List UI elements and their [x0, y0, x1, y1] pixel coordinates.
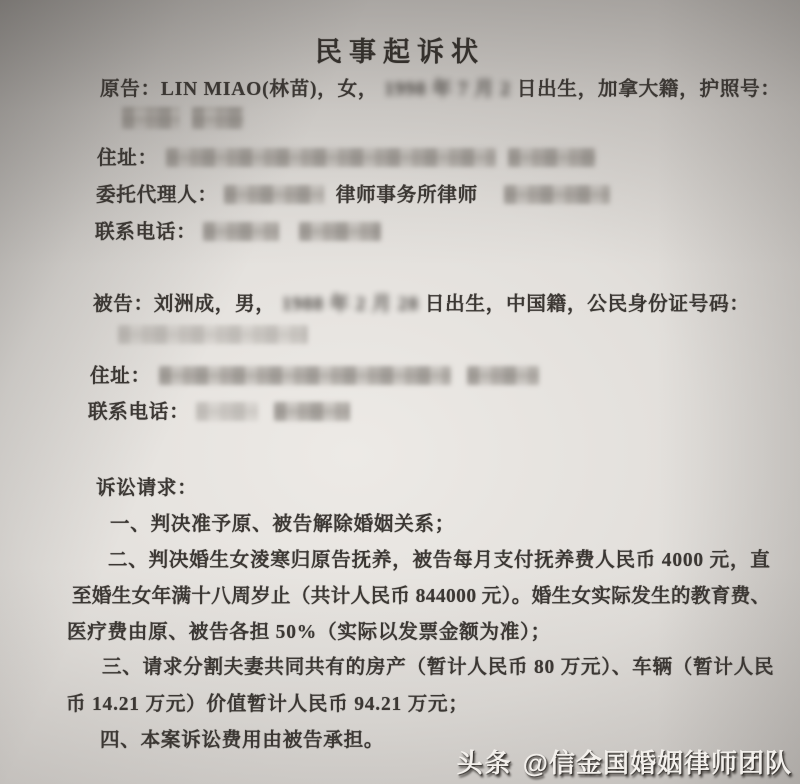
claim-item-2: 二、判决婚生女淩寒归原告抚养，被告每月支付抚养费人民币 4000 元，直	[108, 544, 771, 572]
claim-item-4: 四、本案诉讼费用由被告承担。	[100, 724, 384, 752]
plaintiff-birth-suffix: 日出生，加拿大籍，护照号：	[517, 79, 781, 100]
defendant-id-line	[118, 325, 308, 347]
defendant-phone-line: 联系电话：	[88, 396, 350, 424]
plaintiff-phone-label: 联系电话：	[95, 222, 197, 243]
agent-label: 委托代理人：	[96, 185, 218, 206]
defendant-phone-redacted	[196, 402, 258, 421]
id-number-redacted	[118, 325, 308, 344]
agent-detail-redacted	[504, 185, 610, 204]
claim-item-2-cont: 至婚生女年满十八周岁止（共计人民币 844000 元）。婚生女实际发生的教育费、	[72, 580, 771, 608]
passport-number-redacted	[122, 107, 180, 129]
defendant-label: 被告：	[93, 294, 154, 315]
watermark-handle: @信金国婚姻律师团队	[523, 748, 792, 778]
plaintiff-passport-line	[122, 107, 244, 132]
claims-heading: 诉讼请求：	[96, 472, 198, 500]
plaintiff-label: 原告：	[100, 79, 161, 100]
plaintiff-phone-line: 联系电话：	[95, 216, 381, 244]
defendant-birth-suffix: 日出生，中国籍，公民身份证号码：	[425, 294, 750, 315]
defendant-address-label: 住址：	[90, 366, 151, 387]
document-title: 民事起诉状	[0, 30, 800, 69]
plaintiff-line: 原告：LIN MIAO(林苗)，女，1998 年 7 月 2日出生，加拿大籍，护…	[100, 73, 781, 101]
defendant-address-line: 住址：	[90, 360, 539, 388]
plaintiff-name: LIN MIAO(林苗)，女，	[161, 79, 378, 100]
agent-line: 委托代理人：律师事务所律师	[96, 179, 610, 207]
plaintiff-address-label: 住址：	[97, 148, 158, 169]
claim-item-1: 一、判决准予原、被告解除婚姻关系；	[110, 508, 455, 536]
agent-firm-text: 律师事务所律师	[336, 185, 478, 206]
defendant-birthdate-redacted: 1988 年 2 月 28	[282, 294, 419, 315]
passport-number-redacted	[192, 107, 244, 129]
plaintiff-birthdate-redacted: 1998 年 7 月 2	[384, 79, 511, 100]
plaintiff-phone-redacted	[203, 222, 279, 241]
claim-item-3-cont: 币 14.21 万元）价值暂计人民币 94.21 万元；	[66, 688, 469, 716]
defendant-phone-redacted	[274, 402, 350, 421]
claim-item-2-cont2: 医疗费由原、被告各担 50%（实际以发票金额为准）；	[67, 616, 551, 644]
document-photo: 民事起诉状 原告：LIN MIAO(林苗)，女，1998 年 7 月 2日出生，…	[0, 0, 800, 784]
defendant-address-redacted	[159, 366, 451, 385]
agent-name-redacted	[224, 185, 324, 204]
plaintiff-address-redacted	[166, 148, 496, 167]
toutiao-logo: 头条	[457, 748, 513, 778]
defendant-line: 被告：刘洲成，男，1988 年 2 月 28日出生，中国籍，公民身份证号码：	[93, 288, 750, 316]
defendant-address-redacted	[467, 366, 539, 385]
defendant-phone-label: 联系电话：	[88, 402, 190, 423]
plaintiff-phone-redacted	[299, 222, 381, 241]
defendant-name: 刘洲成，男，	[154, 294, 276, 315]
toutiao-watermark: 头条@信金国婚姻律师团队	[457, 743, 792, 780]
claim-item-3: 三、请求分割夫妻共同共有的房产（暂计人民币 80 万元）、车辆（暂计人民	[102, 651, 774, 679]
plaintiff-address-redacted	[508, 148, 596, 167]
plaintiff-address-line: 住址：	[97, 142, 596, 170]
